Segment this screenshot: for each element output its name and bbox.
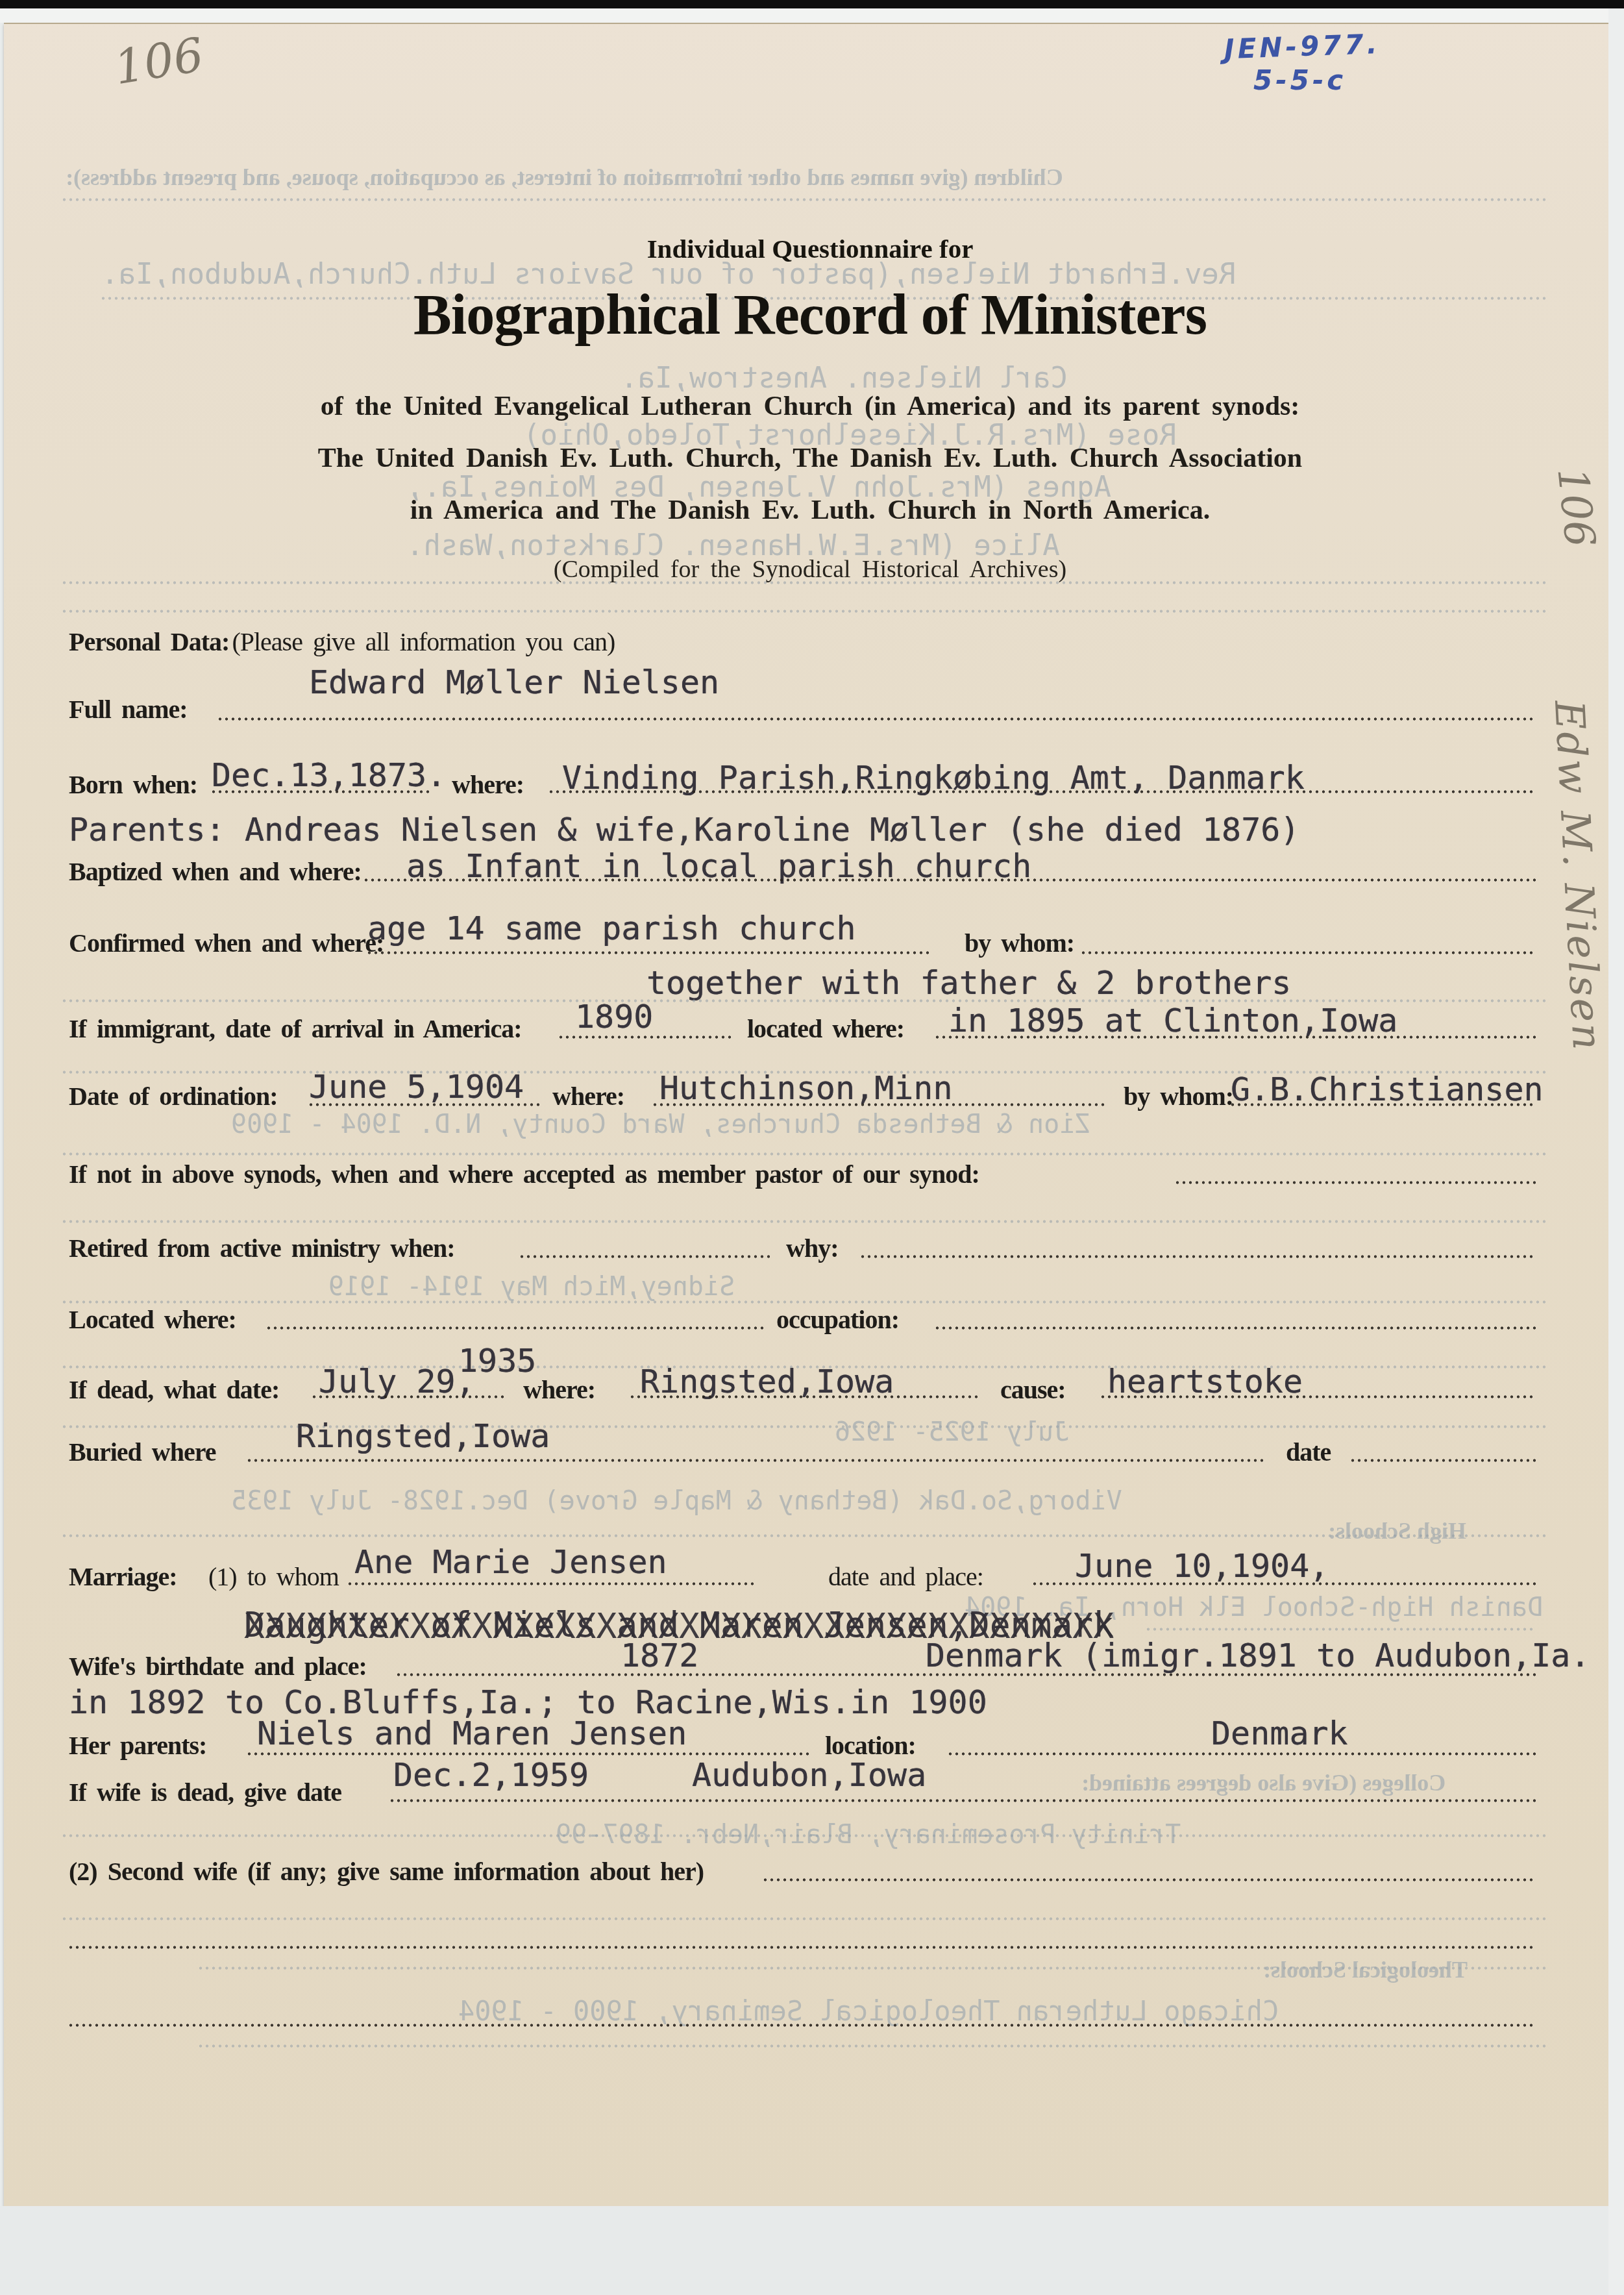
ordination-date-value: June 5,1904 (309, 1068, 524, 1106)
bleed-through-line: Viborg,So.Dak (Bethany & Maple Grove) De… (231, 1486, 1122, 1516)
questionnaire-for-heading: Individual Questionnaire for (8, 233, 1612, 264)
buried-value: Ringsted,Iowa (296, 1417, 550, 1455)
dotted-line (1033, 1582, 1536, 1585)
dotted-line (397, 1673, 1536, 1676)
dotted-line (1101, 1395, 1536, 1398)
confirmed-value: age 14 same parish church (367, 910, 856, 947)
confirmed-label: Confirmed when and where: (69, 928, 384, 958)
dotted-line (367, 951, 932, 954)
bleed-through-line: High Schools: (1328, 1517, 1466, 1544)
born-when-label: Born when: (69, 769, 197, 800)
marriage-date-place-value: June 10,1904, (1075, 1547, 1329, 1585)
buried-date-label: date (1286, 1437, 1331, 1467)
dotted-line (763, 1878, 1536, 1881)
bleed-through-line: Chicago Lutheran Theological Seminary, 1… (458, 1995, 1279, 2027)
marriage-label: Marriage: (69, 1561, 177, 1592)
her-parents-label: Her parents: (69, 1730, 206, 1761)
bleed-through-line: July 1925- 1926 (835, 1417, 1069, 1447)
wife-birth-place-value: Denmark (imigr.1891 to Audubon,Ia. (926, 1637, 1590, 1674)
subtitle-line-3: in America and The Danish Ev. Luth. Chur… (8, 495, 1612, 526)
wife-birth-year-value: 1872 (621, 1637, 698, 1674)
marriage-to-whom-label: (1) to whom (208, 1561, 339, 1592)
margin-signature: Edw M. Nielsen (1545, 699, 1611, 1053)
personal-data-label: Personal Data: (69, 627, 229, 656)
death-label: If dead, what date: (69, 1374, 279, 1405)
ordination-where-label: where: (552, 1081, 624, 1111)
margin-pencil-number: 106 (1547, 465, 1603, 549)
retired-why-label: why: (786, 1233, 838, 1263)
death-cause-label: cause: (1000, 1374, 1066, 1405)
wife-dead-label: If wife is dead, give date (69, 1777, 341, 1807)
dotted-line (559, 1036, 734, 1039)
occupation-label: occupation: (776, 1304, 899, 1335)
dotted-line (390, 1799, 1536, 1802)
bleed-through-line: Colleges (Give also degrees attained: (1081, 1769, 1446, 1796)
dotted-line (549, 790, 1536, 793)
scanned-document: 106 JEN-977. 5-5-c Children (give names … (0, 0, 1624, 2295)
not-in-synods-label: If not in above synods, when and where a… (69, 1159, 979, 1189)
wife-dead-place-value: Audubon,Iowa (692, 1756, 926, 1794)
questionnaire-page: 106 JEN-977. 5-5-c Children (give names … (4, 23, 1608, 2209)
death-where-label: where: (523, 1374, 595, 1405)
scanner-edge-strip (0, 0, 1624, 8)
dotted-line (312, 1395, 504, 1398)
her-parents-location-value: Denmark (1211, 1715, 1348, 1752)
dotted-line (861, 1255, 1536, 1258)
full-name-label: Full name: (69, 694, 188, 725)
born-where-label: where: (452, 769, 524, 800)
compiled-note: (Compiled for the Synodical Historical A… (8, 555, 1612, 584)
bleed-through-line: Zion & Bethesda Churches, Ward County, N… (231, 1110, 1091, 1139)
baptized-label: Baptized when and where: (69, 856, 362, 887)
ordination-label: Date of ordination: (69, 1081, 278, 1111)
marriage-date-place-label: date and place: (828, 1561, 983, 1592)
scanner-backing-top (0, 8, 1624, 23)
dotted-line (247, 1459, 1266, 1462)
dotted-line (935, 1036, 1536, 1039)
scanner-backing-bottom (0, 2206, 1624, 2295)
dotted-line (948, 1752, 1536, 1755)
dotted-line (309, 1103, 543, 1106)
bleed-through-line: Sidney,Mich May 1914- 1919 (328, 1272, 735, 1302)
bleed-through-line: Theological Schools: (1263, 1956, 1468, 1983)
personal-data-note: (Please give all information you can) (232, 627, 615, 656)
confirmed-by-whom-label: by whom: (965, 928, 1074, 958)
dotted-line (348, 1582, 757, 1585)
dotted-line (630, 1395, 978, 1398)
wife-birth-label: Wife's birthdate and place: (69, 1651, 367, 1681)
wife-dead-date-value: Dec.2,1959 (393, 1756, 589, 1794)
archive-code-line1: JEN-977. (1224, 28, 1381, 65)
located-label: Located where: (69, 1304, 236, 1335)
retired-label: Retired from active ministry when: (69, 1233, 455, 1263)
immigrant-located-value: in 1895 at Clinton,Iowa (948, 1002, 1397, 1039)
personal-data-heading: Personal Data: (Please give all informat… (69, 626, 615, 657)
immigrant-label: If immigrant, date of arrival in America… (69, 1013, 522, 1044)
dotted-line (520, 1255, 770, 1258)
dotted-line (653, 1103, 1107, 1106)
scanner-backing-right (1608, 8, 1624, 2295)
parents-line: Parents: Andreas Nielsen & wife,Karoline… (69, 811, 1299, 849)
immigrant-located-label: located where: (747, 1013, 904, 1044)
dotted-line (218, 717, 1536, 721)
dotted-line (69, 1946, 1536, 1949)
second-wife-label: (2) Second wife (if any; give same infor… (69, 1856, 704, 1887)
dotted-line (69, 2024, 1536, 2027)
archive-code-line2: 5-5-c (1253, 64, 1346, 96)
full-name-value: Edward Møller Nielsen (309, 664, 719, 701)
subtitle-line-1: of the United Evangelical Lutheran Churc… (8, 391, 1612, 422)
bleed-through-line: Children (give names and other informati… (66, 164, 1063, 191)
confirmed-continuation: together with father & 2 brothers (646, 964, 1291, 1002)
dotted-line (1081, 951, 1536, 954)
dotted-line (1231, 1103, 1536, 1106)
dotted-line (1175, 1181, 1536, 1184)
immigrant-date-value: 1890 (575, 998, 653, 1036)
ordination-where-value: Hutchinson,Minn (659, 1069, 953, 1107)
form-title: Biographical Record of Ministers (8, 282, 1612, 348)
dotted-line (267, 1326, 763, 1330)
buried-label: Buried where (69, 1437, 215, 1467)
bleed-through-line: Carl Nielsen. Anestrow,Ia. (621, 362, 1068, 395)
marriage-to-whom-value: Ane Marie Jensen (354, 1543, 667, 1581)
subtitle-line-2: The United Danish Ev. Luth. Church, The … (8, 443, 1612, 474)
born-when-value: Dec.13,1873. (212, 756, 446, 794)
dotted-line (935, 1326, 1536, 1330)
ordination-by-whom-label: by whom: (1124, 1081, 1233, 1111)
dotted-line (364, 878, 1536, 882)
dotted-line (212, 790, 432, 793)
her-parents-value: Niels and Maren Jensen (257, 1715, 687, 1752)
dotted-line (1351, 1459, 1536, 1462)
dotted-line (247, 1752, 809, 1755)
page-number-pencil: 106 (110, 27, 207, 95)
